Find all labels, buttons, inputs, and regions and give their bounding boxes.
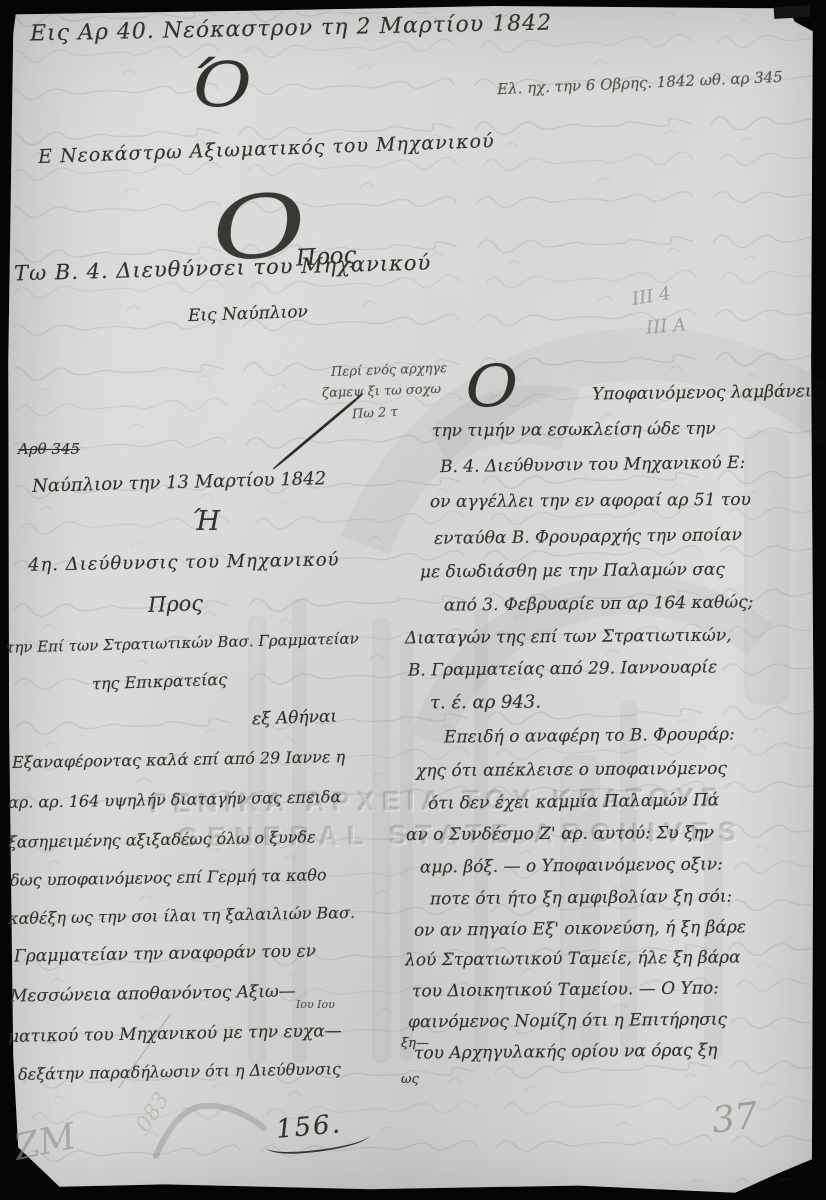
body-line: με διωδιάσθη με την Παλαμών σας: [420, 560, 725, 583]
body-line: Διαταγών της επί των Στρατιωτικών,: [405, 626, 732, 649]
body-line: του Αρχηγυλακής ορίου να όρας ξη: [414, 1040, 718, 1063]
body-line: Υποφαινόμενος λαμβάνει: [592, 381, 812, 404]
body-line: φαινόμενος Νομίζη ότι η Επιτήρησις: [408, 1010, 727, 1033]
paper-edge-notch: [774, 5, 811, 19]
place-line: Εις Ναύπλιον: [188, 302, 308, 326]
protocol-number: Αρθ 345: [18, 440, 80, 458]
page-number-pencil: 37: [710, 1095, 760, 1141]
margin-note-line: Πω 2 τ: [352, 405, 398, 422]
registry-eta: Ή: [192, 506, 220, 537]
pencil-mark-bottom: III A: [645, 314, 687, 338]
scanned-document: ΓΕΝΙΚΑ ΑΡΧΕΙΑ ΤΟΥ ΚΡΑΤΟΥΣ GENERAL STATE …: [0, 0, 826, 1200]
interline-note: Ιου Ιου: [296, 998, 335, 1011]
body-line: αν ο Συνδέσμο Ζ' αρ. αυτού: Συ ξην: [406, 823, 714, 845]
body-line: αμρ. βόξ. — ο Υποφαινόμενος οξιν:: [420, 854, 723, 877]
registry-pros: Προς: [148, 591, 204, 617]
body-line: ον αγγέλλει την εν αφοραί αρ 51 του: [430, 490, 751, 512]
body-line: του Διοικητικού Ταμείου. — Ο Υπο:: [412, 978, 719, 1001]
body-line: Β. Γραμματείας από 29. Ιαννουαρίε: [408, 657, 717, 680]
body-line: Επειδή ο αναφέρη το Β. Φρουράρ:: [444, 724, 735, 747]
catchword: ως: [401, 1072, 419, 1087]
body-line: ότι δεν έχει καμμία Παλαμών Πά: [428, 790, 719, 814]
pencil-smudge: [150, 1096, 270, 1166]
body-line: λού Στρατιωτικού Ταμείε, ήλε ξη βάρα: [405, 948, 741, 971]
body-line: ον αν πηγαίο Εξ' οικονεύση, ή ξη βάρε: [414, 917, 746, 940]
body-line: ποτε ότι ήτο ξη αμφιβολίαν ξη σόι:: [430, 887, 732, 910]
body-line: την τιμήν να εσωκλείση ώδε την: [432, 419, 716, 441]
body-line: από 3. Φεβρυαρίε υπ αρ 164 καθώς;: [444, 592, 754, 615]
body-initial-o: Ο: [466, 352, 518, 420]
body-line: εξ Αθήναι: [252, 707, 338, 730]
body-line: χης ότι απέκλεισε ο υποφαινόμενος: [416, 759, 727, 782]
body-line: ενταύθα Β. Φρουραρχής την οποίαν: [434, 525, 742, 549]
body-line: Β. 4. Διεύθυνσιν του Μηχανικού Ε:: [440, 453, 745, 477]
catchword: ξη—: [401, 1036, 429, 1051]
body-line: τ. έ. αρ 943.: [430, 692, 541, 714]
initial-letter-o: Ό: [192, 48, 252, 121]
